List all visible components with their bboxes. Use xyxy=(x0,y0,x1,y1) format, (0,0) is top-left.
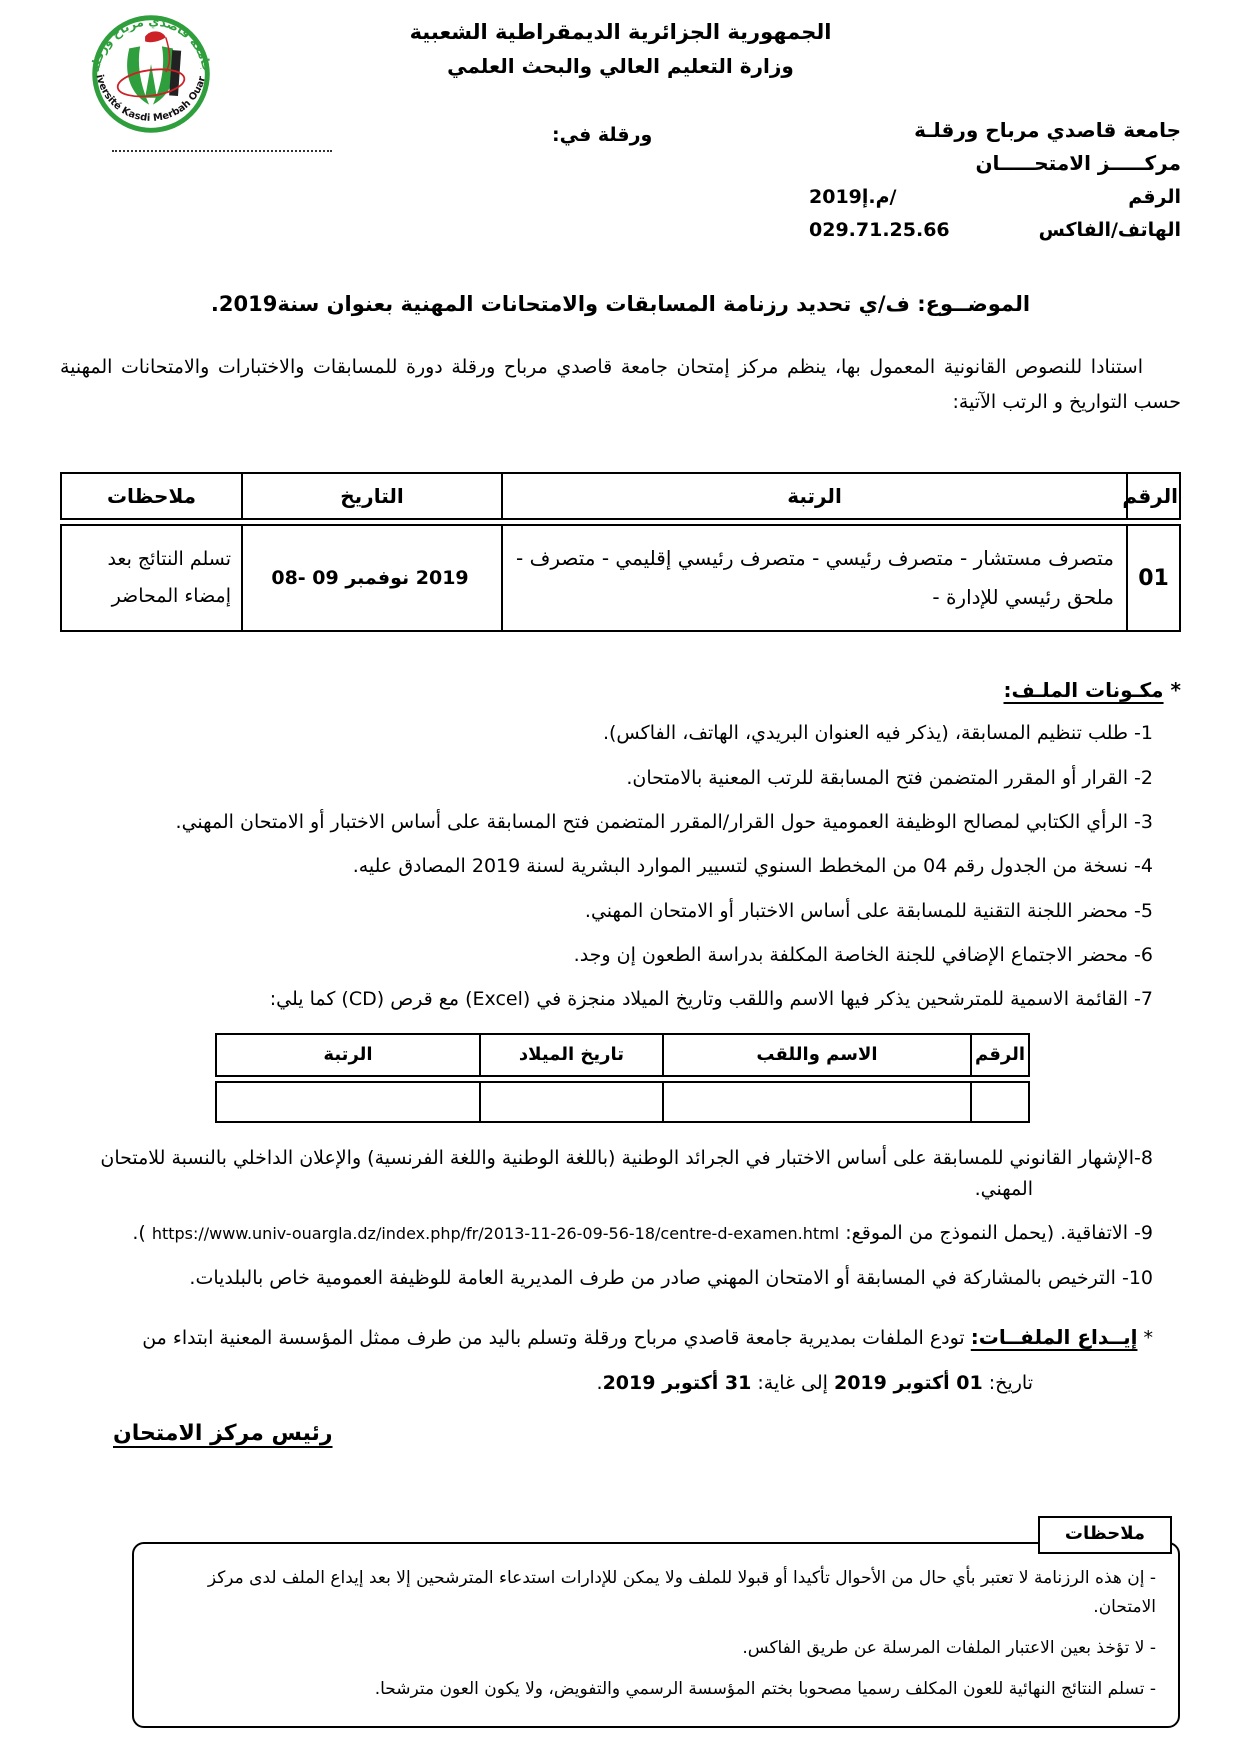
place-date-label: ورقلة في: xyxy=(552,124,652,146)
file-item-5: 5- محضر اللجنة التقنية للمسابقة على أساس… xyxy=(60,896,1153,927)
notes-box: - إن هذه الرزنامة لا تعتبر بأي حال من ال… xyxy=(132,1542,1180,1728)
col-header-candidate-rank: الرتبة xyxy=(215,1033,479,1077)
schedule-row: 01 متصرف مستشار - متصرف رئيسي - متصرف رئ… xyxy=(60,524,1181,632)
cell-row-number: 01 xyxy=(1126,524,1181,632)
file-item-7: 7- القائمة الاسمية للمترشحين يذكر فيها ا… xyxy=(60,984,1153,1015)
signature-title: رئيس مركز الامتحان xyxy=(113,1421,333,1446)
deposit-text: تودع الملفات بمديرية جامعة قاصدي مرباح و… xyxy=(142,1327,965,1349)
deposit-date-label: تاريخ: xyxy=(989,1372,1033,1394)
deposit-star: * xyxy=(1144,1327,1154,1349)
document-header: جامعة قاصدي مرباح ورقلة Université Kasdi… xyxy=(0,0,1241,270)
exam-center-url: https://www.univ-ouargla.dz/index.php/fr… xyxy=(152,1224,839,1243)
empty-cell xyxy=(479,1081,662,1123)
schedule-header-row: الرقم الرتبة التاريخ ملاحظات xyxy=(60,472,1181,520)
empty-cell xyxy=(970,1081,1030,1123)
phone-fax-row: الهاتف/الفاكس 029.71.25.66 xyxy=(809,219,1181,241)
signature-row: رئيس مركز الامتحان xyxy=(0,1421,1241,1446)
deposit-date-to: 31 أكتوبر 2019 xyxy=(603,1372,752,1394)
file-item-9: 9- الاتفاقية. (يحمل النموذج من الموقع: h… xyxy=(60,1218,1153,1249)
col-header-notes: ملاحظات xyxy=(60,472,241,520)
schedule-table: الرقم الرتبة التاريخ ملاحظات 01 متصرف مس… xyxy=(60,468,1181,636)
notes-box-label: ملاحظات xyxy=(1038,1516,1172,1554)
deposit-label: إيــداع الملفــات: xyxy=(971,1325,1138,1349)
candidates-header-row: الرقم الاسم واللقب تاريخ الميلاد الرتبة xyxy=(215,1033,1030,1077)
col-header-rank: الرتبة xyxy=(501,472,1126,520)
cell-exam-date: 08-‎ 09 نوفمبر‎ 2019 xyxy=(241,524,501,632)
intro-paragraph: استنادا للنصوص القانونية المعمول بها، ين… xyxy=(60,350,1181,420)
col-header-number: الرقم xyxy=(1126,472,1181,520)
candidates-empty-row xyxy=(215,1081,1030,1123)
col-header-candidate-number: الرقم xyxy=(970,1033,1030,1077)
file-item-9-close: ). xyxy=(132,1222,145,1244)
file-item-1: 1- طلب تنظيم المسابقة، (يذكر فيه العنوان… xyxy=(60,718,1153,749)
phone-fax-label: الهاتف/الفاكس xyxy=(1039,219,1181,241)
document-page: جامعة قاصدي مرباح ورقلة Université Kasdi… xyxy=(0,0,1241,1754)
notes-section: ملاحظات - إن هذه الرزنامة لا تعتبر بأي ح… xyxy=(132,1542,1180,1728)
subject-line: الموضــوع: ف/ي تحديد رزنامة المسابقات وا… xyxy=(40,292,1201,316)
reference-label: الرقم xyxy=(1128,186,1181,208)
header-center: الجمهورية الجزائرية الديمقراطية الشعبية … xyxy=(0,20,1241,78)
deposit-date-from: 01 أكتوبر 2019 xyxy=(834,1372,983,1394)
file-components-title: * مكـونات الملـف: xyxy=(60,678,1181,702)
col-header-date: التاريخ xyxy=(241,472,501,520)
deposit-until-label: إلى غاية: xyxy=(757,1372,828,1394)
republic-title: الجمهورية الجزائرية الديمقراطية الشعبية xyxy=(0,20,1241,44)
cell-ranks: متصرف مستشار - متصرف رئيسي - متصرف رئيسي… xyxy=(501,524,1126,632)
note-item-3: - تسلم النتائج النهائية للعون المكلف رسم… xyxy=(150,1675,1156,1705)
deposit-line-2: تاريخ: 01 أكتوبر 2019 إلى غاية: 31 أكتوب… xyxy=(60,1367,1153,1400)
col-header-full-name: الاسم واللقب xyxy=(662,1033,970,1077)
deposit-line-1: * إيــداع الملفــات: تودع الملفات بمديري… xyxy=(60,1320,1153,1355)
exam-center-name: مركـــــز الامتحـــــان xyxy=(809,151,1181,175)
reference-row: الرقم /م.إ2019 xyxy=(809,186,1181,208)
dotted-fill-line xyxy=(112,150,332,152)
title-star: * xyxy=(1171,678,1181,702)
empty-cell xyxy=(662,1081,970,1123)
file-item-4: 4- نسخة من الجدول رقم 04 من المخطط السنو… xyxy=(60,851,1153,882)
file-item-3: 3- الرأي الكتابي لمصالح الوظيفة العمومية… xyxy=(60,807,1153,838)
file-components-section: * مكـونات الملـف: 1- طلب تنظيم المسابقة،… xyxy=(60,678,1153,1294)
candidates-list-table: الرقم الاسم واللقب تاريخ الميلاد الرتبة xyxy=(215,1029,1030,1127)
file-item-8: 8-الإشهار القانوني للمسابقة على أساس الا… xyxy=(60,1143,1153,1206)
university-name: جامعة قاصدي مرباح ورقلـة xyxy=(809,118,1181,142)
file-item-6: 6- محضر الاجتماع الإضافي للجنة الخاصة ال… xyxy=(60,940,1153,971)
empty-cell xyxy=(215,1081,479,1123)
deposit-section: * إيــداع الملفــات: تودع الملفات بمديري… xyxy=(60,1320,1153,1401)
file-item-2: 2- القرار أو المقرر المتضمن فتح المسابقة… xyxy=(60,763,1153,794)
col-header-birthdate: تاريخ الميلاد xyxy=(479,1033,662,1077)
sender-info-block: جامعة قاصدي مرباح ورقلـة مركـــــز الامت… xyxy=(809,118,1181,241)
phone-fax-value: 029.71.25.66 xyxy=(809,219,950,241)
reference-value: /م.إ2019 xyxy=(809,186,897,208)
note-item-2: - لا تؤخذ بعين الاعتبار الملفات المرسلة … xyxy=(150,1634,1156,1664)
cell-remarks: تسلم النتائج بعد إمضاء المحاضر xyxy=(60,524,241,632)
file-item-10: 10- الترخيص بالمشاركة في المسابقة أو الا… xyxy=(60,1263,1153,1294)
title-text: مكـونات الملـف: xyxy=(1004,678,1164,702)
file-item-9-text: 9- الاتفاقية. (يحمل النموذج من الموقع: xyxy=(845,1222,1153,1244)
note-item-1: - إن هذه الرزنامة لا تعتبر بأي حال من ال… xyxy=(150,1564,1156,1624)
ministry-title: وزارة التعليم العالي والبحث العلمي xyxy=(0,54,1241,78)
